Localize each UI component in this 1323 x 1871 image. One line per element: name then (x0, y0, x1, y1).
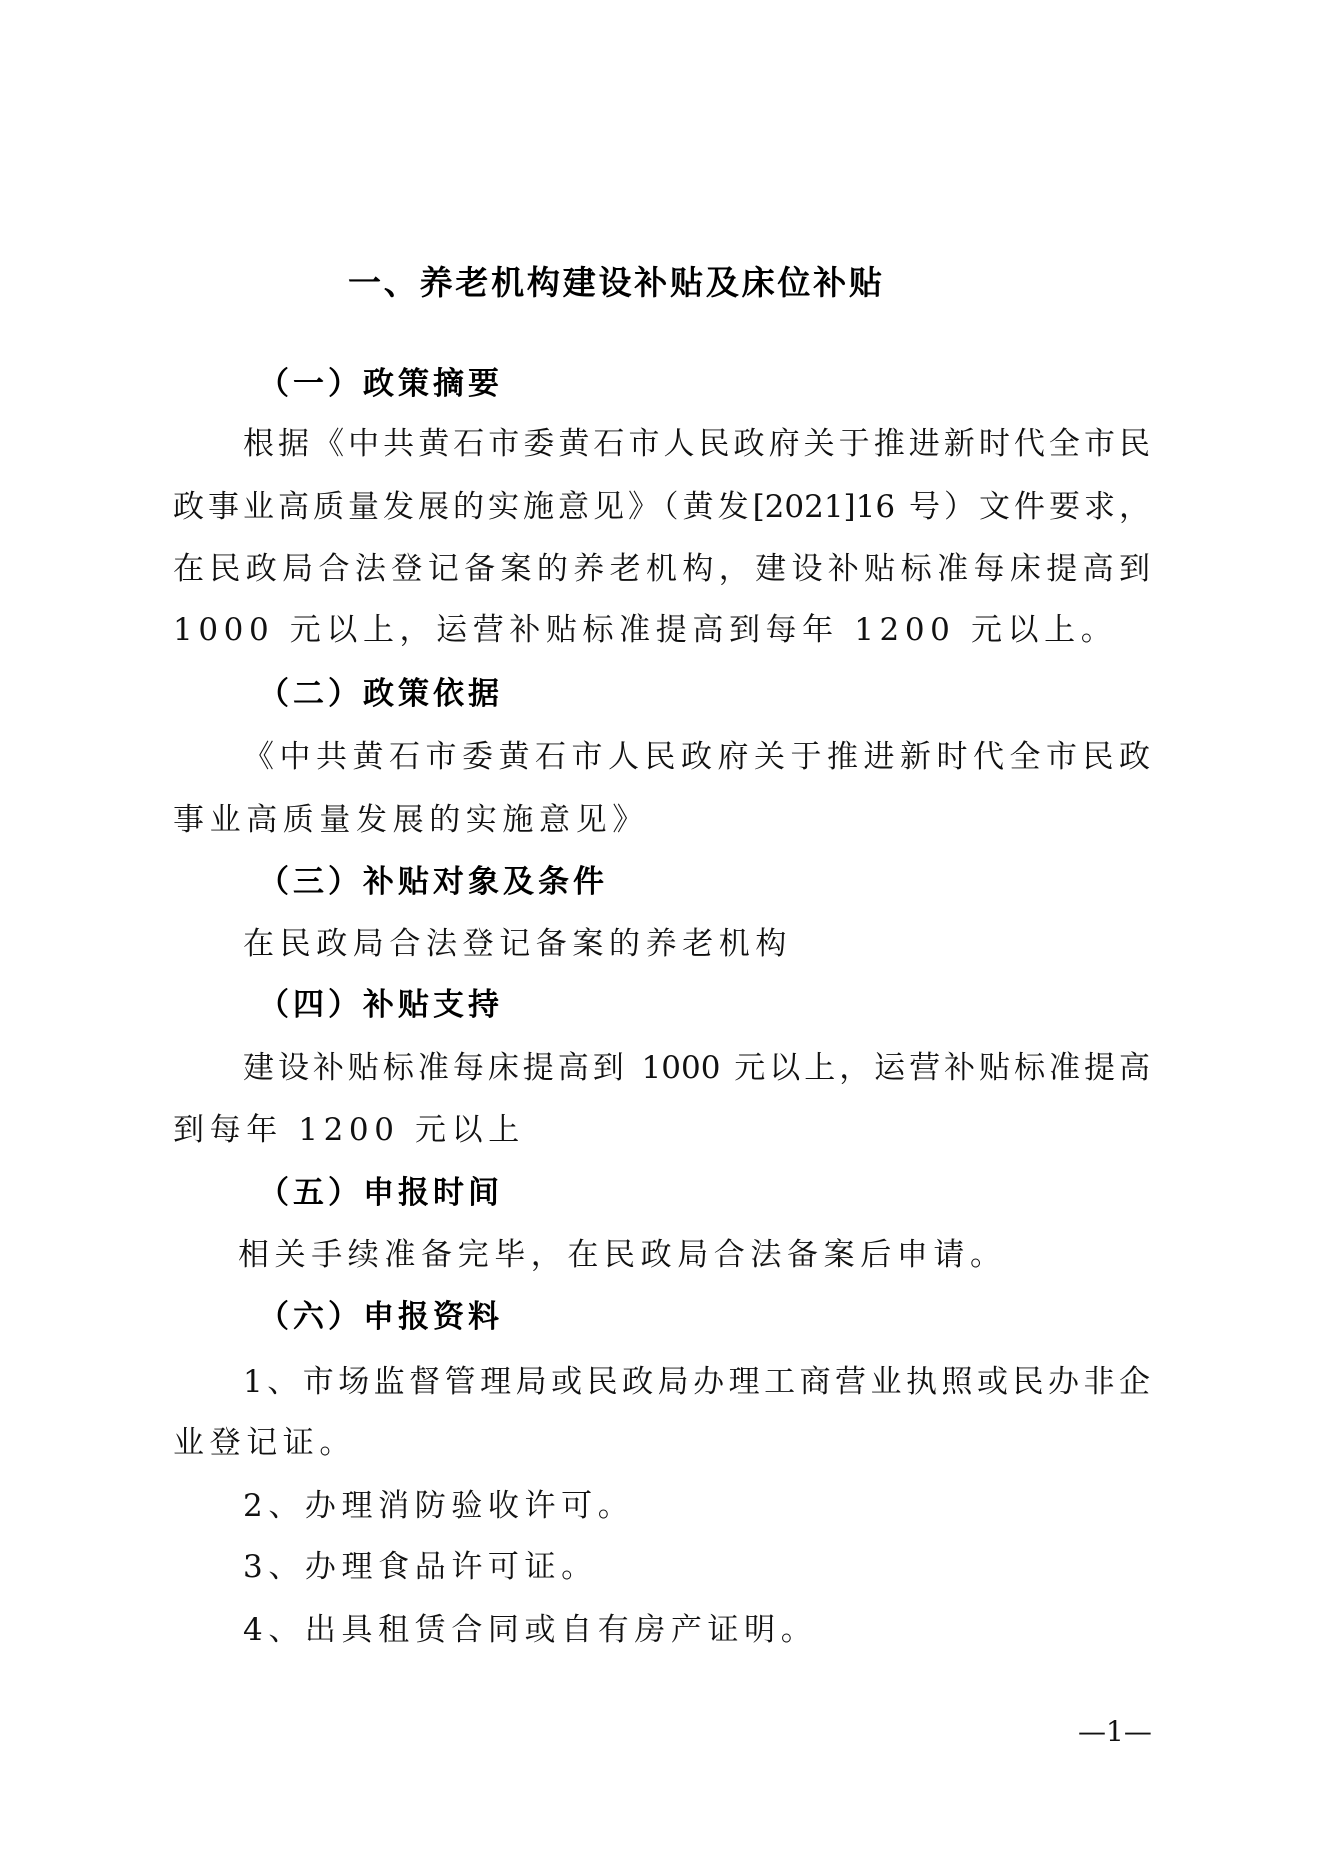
list-item: 3、办理食品许可证。 (243, 1547, 1150, 1587)
page-number: —1— (1078, 1714, 1152, 1750)
section-heading-policy-summary: （一）政策摘要 (258, 364, 503, 404)
paragraph-line: 到每年 1200 元以上 (173, 1110, 1150, 1150)
paragraph-line: 1000 元以上，运营补贴标准提高到每年 1200 元以上。 (173, 610, 1150, 650)
paragraph-line: 政事业高质量发展的实施意见》（黄发[2021]16 号）文件要求， (173, 487, 1150, 527)
section-heading-policy-basis: （二）政策依据 (258, 674, 503, 714)
paragraph-line: 事业高质量发展的实施意见》 (173, 800, 1150, 840)
list-item: 1、市场监督管理局或民政局办理工商营业执照或民办非企 (243, 1362, 1150, 1402)
paragraph-line: 相关手续准备完毕，在民政局合法备案后申请。 (238, 1235, 1145, 1275)
paragraph-line: 根据《中共黄石市委黄石市人民政府关于推进新时代全市民 (243, 424, 1150, 464)
document-title: 一、养老机构建设补贴及床位补贴 (348, 262, 882, 304)
paragraph-line: 在民政局合法登记备案的养老机构 (243, 924, 1150, 964)
list-item: 2、办理消防验收许可。 (243, 1486, 1150, 1526)
section-heading-eligibility: （三）补贴对象及条件 (258, 862, 608, 902)
list-item-continuation: 业登记证。 (173, 1423, 1150, 1463)
section-heading-subsidy-support: （四）补贴支持 (258, 985, 503, 1025)
list-item: 4、出具租赁合同或自有房产证明。 (243, 1610, 1150, 1650)
section-heading-application-time: （五）申报时间 (258, 1173, 503, 1213)
paragraph-line: 建设补贴标准每床提高到 1000 元以上，运营补贴标准提高 (243, 1048, 1150, 1088)
paragraph-line: 《中共黄石市委黄石市人民政府关于推进新时代全市民政 (243, 737, 1150, 777)
section-heading-application-materials: （六）申报资料 (258, 1297, 503, 1337)
paragraph-line: 在民政局合法登记备案的养老机构，建设补贴标准每床提高到 (173, 549, 1150, 589)
